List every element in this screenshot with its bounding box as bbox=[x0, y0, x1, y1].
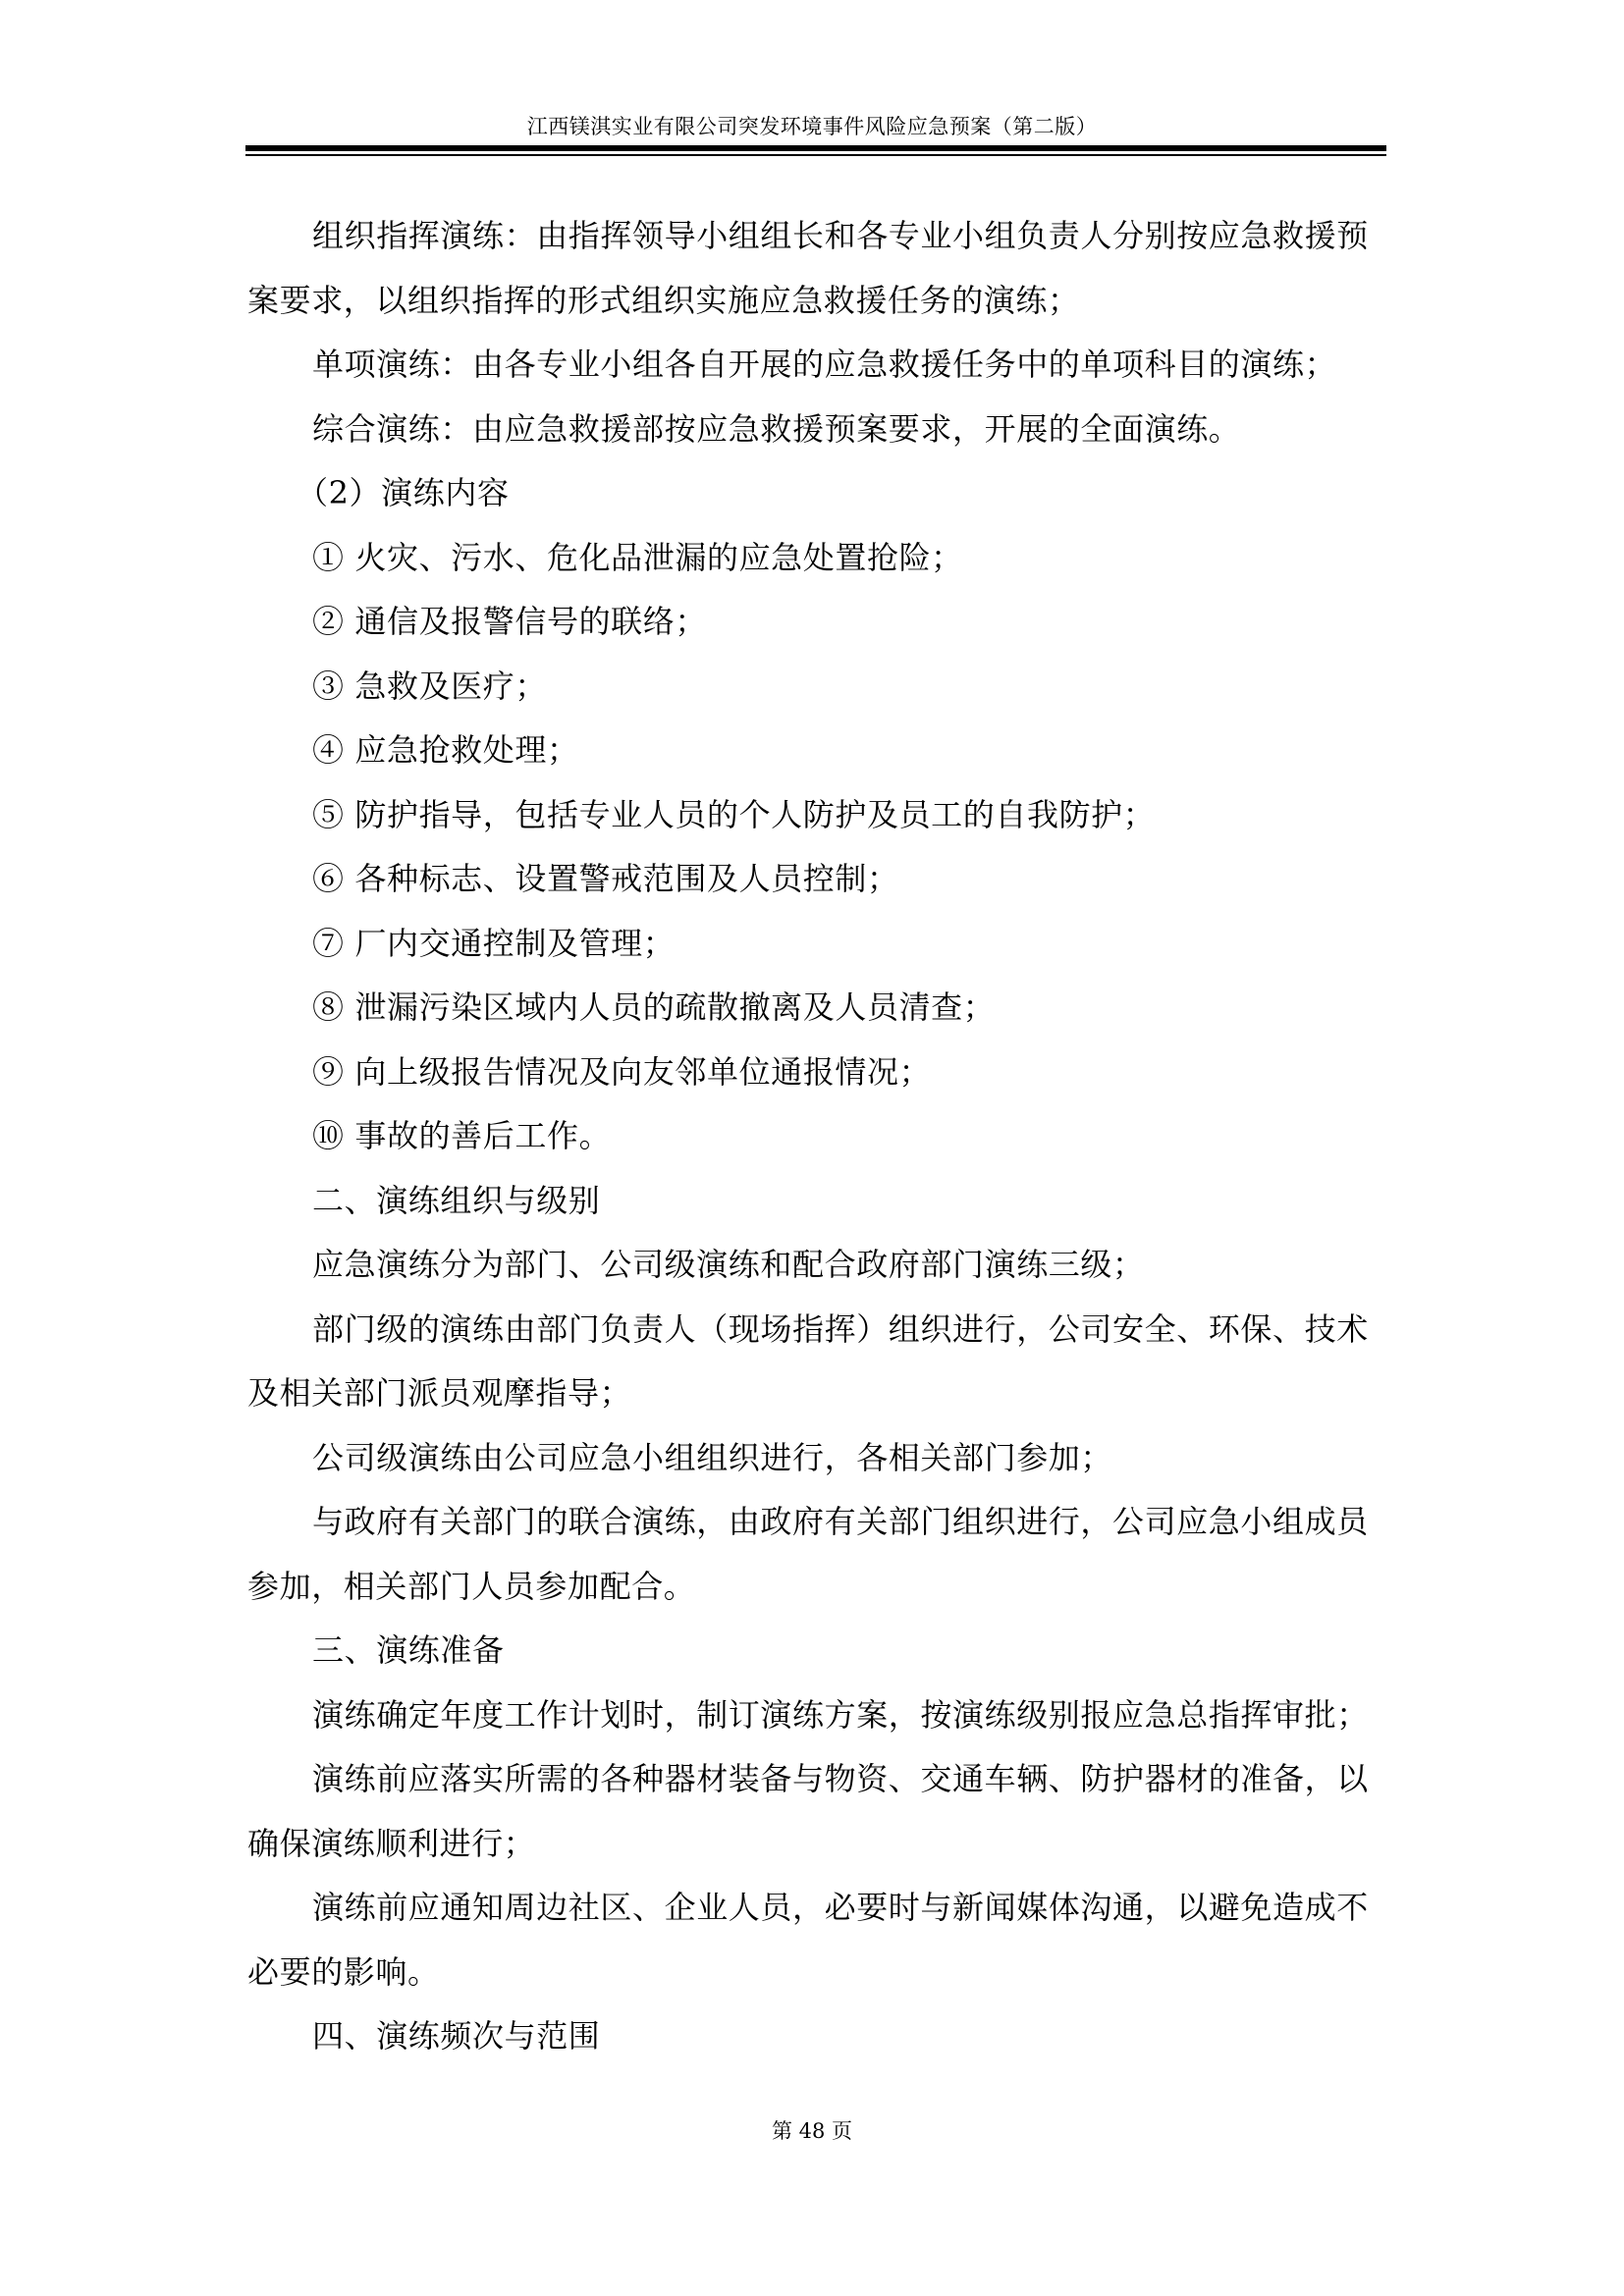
paragraph-line: 案要求，以组织指挥的形式组织实施应急救援任务的演练； bbox=[247, 269, 1386, 334]
paragraph-line: 参加，相关部门人员参加配合。 bbox=[247, 1555, 1386, 1620]
paragraph-line: 演练前应落实所需的各种器材装备与物资、交通车辆、防护器材的准备，以 bbox=[247, 1747, 1386, 1812]
section-heading: 三、演练准备 bbox=[247, 1619, 1386, 1683]
paragraph-line: 演练确定年度工作计划时，制订演练方案，按演练级别报应急总指挥审批； bbox=[247, 1683, 1386, 1748]
list-item: ⑤ 防护指导，包括专业人员的个人防护及员工的自我防护； bbox=[247, 783, 1386, 848]
list-item: ⑩ 事故的善后工作。 bbox=[247, 1104, 1386, 1169]
document-body: 组织指挥演练：由指挥领导小组组长和各专业小组负责人分别按应急救援预 案要求，以组… bbox=[247, 204, 1386, 2069]
paragraph-line: 必要的影响。 bbox=[247, 1941, 1386, 2005]
list-item: ⑥ 各种标志、设置警戒范围及人员控制； bbox=[247, 847, 1386, 912]
paragraph-line: 与政府有关部门的联合演练，由政府有关部门组织进行，公司应急小组成员 bbox=[247, 1490, 1386, 1555]
list-item: ⑦ 厂内交通控制及管理； bbox=[247, 912, 1386, 977]
paragraph-line: 综合演练：由应急救援部按应急救援预案要求，开展的全面演练。 bbox=[247, 398, 1386, 462]
section-heading: 四、演练频次与范围 bbox=[247, 2004, 1386, 2069]
section-heading: 二、演练组织与级别 bbox=[247, 1169, 1386, 1234]
list-item: ④ 应急抢救处理； bbox=[247, 719, 1386, 783]
header-rule-thick bbox=[245, 145, 1386, 151]
list-item: ⑨ 向上级报告情况及向友邻单位通报情况； bbox=[247, 1041, 1386, 1105]
page-number: 第 48 页 bbox=[0, 2115, 1624, 2145]
header-rule-thin bbox=[245, 154, 1386, 156]
list-item: ⑧ 泄漏污染区域内人员的疏散撤离及人员清查； bbox=[247, 976, 1386, 1041]
paragraph-line: 单项演练：由各专业小组各自开展的应急救援任务中的单项科目的演练； bbox=[247, 333, 1386, 398]
list-item: ③ 急救及医疗； bbox=[247, 655, 1386, 720]
document-header-title: 江西镁淇实业有限公司突发环境事件风险应急预案（第二版） bbox=[0, 114, 1624, 139]
paragraph-line: 部门级的演练由部门负责人（现场指挥）组织进行，公司安全、环保、技术 bbox=[247, 1298, 1386, 1362]
paragraph-line: 公司级演练由公司应急小组组织进行，各相关部门参加； bbox=[247, 1426, 1386, 1491]
paragraph-line: 应急演练分为部门、公司级演练和配合政府部门演练三级； bbox=[247, 1233, 1386, 1298]
paragraph-line: 演练前应通知周边社区、企业人员，必要时与新闻媒体沟通，以避免造成不 bbox=[247, 1876, 1386, 1941]
paragraph-line: 及相关部门派员观摩指导； bbox=[247, 1362, 1386, 1426]
list-item: ② 通信及报警信号的联络； bbox=[247, 590, 1386, 655]
paragraph-line: 确保演练顺利进行； bbox=[247, 1812, 1386, 1877]
subheading: （2）演练内容 bbox=[247, 461, 1386, 526]
paragraph-line: 组织指挥演练：由指挥领导小组组长和各专业小组负责人分别按应急救援预 bbox=[247, 204, 1386, 269]
list-item: ① 火灾、污水、危化品泄漏的应急处置抢险； bbox=[247, 526, 1386, 591]
